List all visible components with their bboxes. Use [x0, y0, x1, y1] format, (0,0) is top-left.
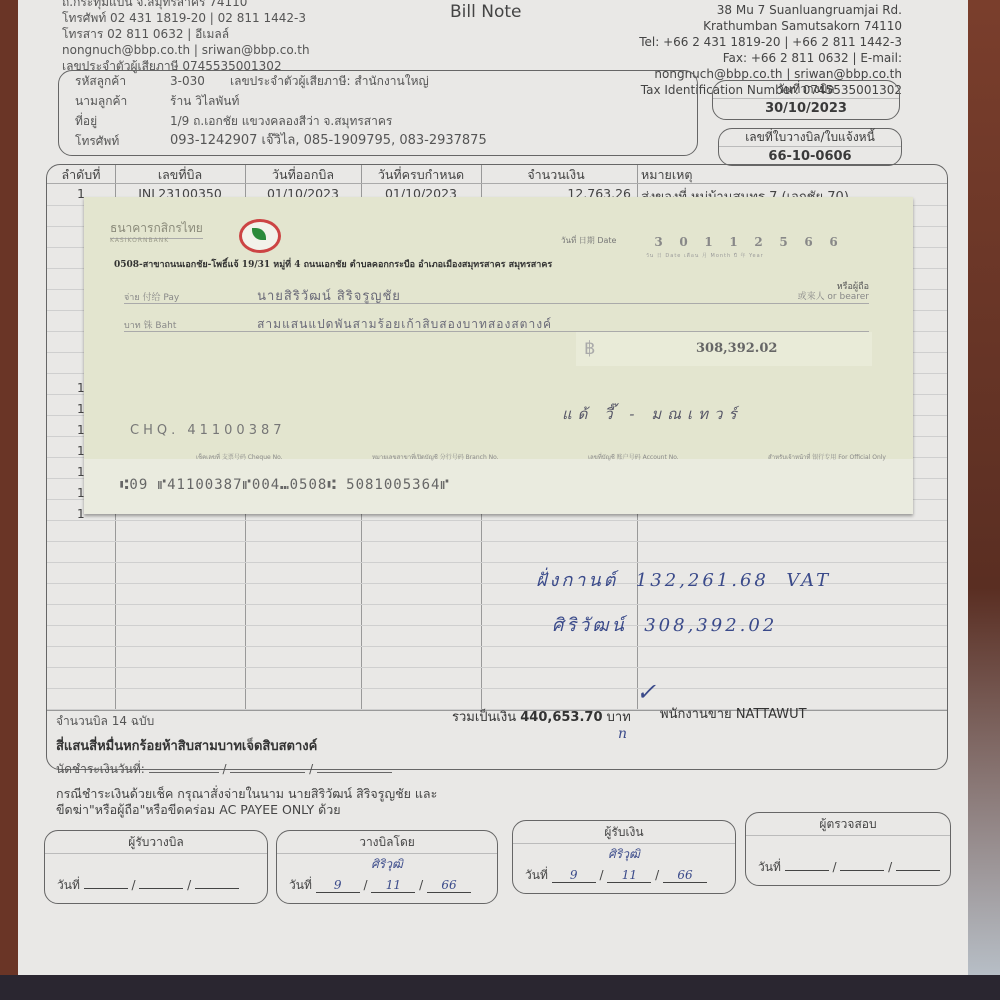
cheque-amount: 308,392.02 — [696, 341, 777, 356]
signature-box: ผู้ตรวจสอบวันที่ / / — [745, 812, 951, 886]
customer-phone: 093-1242907 เจ๊วิไล, 085-1909795, 083-29… — [170, 131, 697, 151]
note1-label: ฝั่งกานต์ — [536, 570, 618, 591]
total-unit: บาท — [607, 710, 631, 725]
date-digit: 2 — [746, 235, 771, 249]
signature-title: วางบิลโดย — [277, 831, 497, 854]
background-table-left — [0, 0, 18, 980]
signature-handwritten: ศิริวุฒิ — [277, 855, 497, 874]
background-floor — [0, 975, 1000, 1000]
label-official-only: สำหรับเจ้าหน้าที่ 银行专用 For Official Only — [768, 452, 886, 462]
total-value: 440,653.70 — [520, 710, 602, 725]
cheque-branch: 0508-สาขาถนนเอกชัย-โพธิ์แจ้ 19/31 หมู่ที… — [114, 257, 552, 271]
bearer-th: หรือผู้ถือ — [798, 282, 869, 292]
header-due-date: วันที่ครบกำหนด — [361, 165, 481, 183]
cheque-payee: นายสิริวัฒน์ สิริจรูญชัย — [257, 289, 401, 304]
date-digit: 0 — [671, 235, 696, 249]
customer-phone-label: โทรศัพท์ — [75, 131, 170, 151]
customer-address: 1/9 ถ.เอกชัย แขวงคลองสีว่า จ.สมุทรสาคร — [170, 111, 697, 131]
cheque-amount-words: สามแสนแปดพันสามร้อยเก้าสิบสองบาทสองสตางค… — [257, 317, 552, 331]
check-mark-icon: ✓ — [636, 678, 656, 706]
total-amount: รวมเป็นเงิน 440,653.70 บาท — [452, 706, 631, 727]
cheque-number: CHQ. 41100387 — [130, 423, 286, 438]
date-digit: 6 — [821, 235, 846, 249]
header-amount: จำนวนเงิน — [481, 165, 637, 183]
label-cheque-no: เช็คเลขที่ 支票号码 Cheque No. — [196, 452, 283, 462]
bank-name-th: ธนาคารกสิกรไทย — [110, 219, 203, 239]
signature-date: วันที่ / / — [758, 858, 940, 877]
payment-date-line: นัดชำระเงินวันที่: / / — [56, 760, 392, 779]
signature-date: วันที่ / / — [57, 876, 239, 895]
condition-line-2: ขีดฆ่า"หรือผู้ถือ"หรือขีดคร่อม AC PAYEE … — [56, 802, 437, 818]
payment-date-label: นัดชำระเงินวันที่: — [56, 762, 145, 776]
signature-box: วางบิลโดยศิริวุฒิวันที่ 9 / 11 / 66 — [276, 830, 498, 904]
customer-name: ร้าน วิไลพันท์ — [170, 91, 697, 111]
bearer-en: 或來人 or bearer — [798, 292, 869, 302]
handwritten-note-vat: ฝั่งกานต์ 132,261.68 VAT — [536, 565, 831, 594]
signature-box: ผู้รับเงินศิริวุฒิวันที่ 9 / 11 / 66 — [512, 820, 736, 894]
date-digit: 3 — [646, 235, 671, 249]
bank-name-en: KASIKORNBANK — [110, 237, 169, 244]
header-issue-date: วันที่ออกบิล — [245, 165, 361, 183]
cheque-signature: แด้ วี๊ - มณเทวร์ — [562, 402, 743, 426]
label-branch-no: หมายเลขสาขาที่เปิดบัญชี 分行号码 Branch No. — [372, 452, 499, 462]
handwritten-initial: n — [618, 726, 627, 742]
cheque-bearer: หรือผู้ถือ 或來人 or bearer — [798, 282, 869, 302]
document-title: Bill Note — [450, 2, 521, 22]
cheque-date-digits: 30112566 — [646, 235, 846, 249]
date-digit: 6 — [796, 235, 821, 249]
signature-title: ผู้ตรวจสอบ — [746, 813, 950, 836]
cheque-date-sublabel: วัน 日 Date เดือน 月 Month ปี 年 Year — [646, 252, 764, 260]
cheque-date-label: วันที่ 日期 Date — [561, 234, 616, 247]
customer-tax-branch: เลขประจำตัวผู้เสียภาษี: สำนักงานใหญ่ — [230, 71, 429, 91]
note2-label: ศิริวัฒน์ — [552, 615, 627, 636]
header-bill-no: เลขที่บิล — [115, 165, 245, 183]
customer-info-box: รหัสลูกค้า 3-030 เลขประจำตัวผู้เสียภาษี:… — [58, 70, 698, 156]
company-emails-th: nongnuch@bbp.co.th | sriwan@bbp.co.th — [62, 42, 310, 58]
background-table-right — [965, 0, 1000, 980]
kasikorn-cheque: ธนาคารกสิกรไทย KASIKORNBANK 0508-สาขาถนน… — [84, 197, 913, 514]
label-account-no: เลขที่บัญชี 账户号码 Account No. — [588, 452, 679, 462]
date-digit: 5 — [771, 235, 796, 249]
customer-code-label: รหัสลูกค้า — [75, 71, 170, 91]
company-address-th: ถ.กระทุ่มแบน จ.สมุทรสาคร 74110 — [62, 0, 310, 10]
salesperson: พนักงานขาย NATTAWUT — [660, 703, 807, 724]
header-note: หมายเหตุ — [637, 165, 947, 183]
company-address-en-1: 38 Mu 7 Suanluangruamjai Rd. — [639, 2, 902, 18]
customer-code: 3-030 — [170, 71, 230, 91]
note2-value: 308,392.02 — [644, 615, 777, 636]
cheque-amount-box: ฿ 308,392.02 — [576, 332, 872, 366]
cheque-baht-line: บาท 铢 Baht สามแสนแปดพันสามร้อยเก้าสิบสอง… — [124, 313, 869, 332]
table-header: ลำดับที่ เลขที่บิล วันที่ออกบิล วันที่คร… — [47, 165, 947, 184]
note1-suffix: VAT — [786, 570, 831, 591]
signature-handwritten: ศิริวุฒิ — [513, 845, 735, 864]
cheque-pay-label: จ่าย 付给 Pay — [124, 290, 252, 304]
bill-date-value: 30/10/2023 — [713, 99, 899, 119]
customer-name-label: นามลูกค้า — [75, 91, 170, 111]
signature-title: ผู้รับเงิน — [513, 821, 735, 844]
cheque-micr-line: ⑆09 ⑈41100387⑈004⑉0508⑆ 5081005364⑈ — [120, 477, 450, 493]
handwritten-note-siriwat: ศิริวัฒน์ 308,392.02 — [552, 610, 777, 639]
bill-date-label: วันที่วางบิล — [713, 81, 899, 99]
sales-label: พนักงานขาย — [660, 707, 732, 722]
kasikorn-logo-icon — [239, 219, 281, 253]
company-phone-th: โทรศัพท์ 02 431 1819-20 | 02 811 1442-3 — [62, 10, 310, 26]
bill-number-box: เลขที่ใบวางบิล/ใบแจ้งหนี้ 66-10-0606 — [718, 128, 902, 166]
signature-date: วันที่ 9 / 11 / 66 — [525, 866, 707, 885]
header-seq: ลำดับที่ — [47, 165, 115, 183]
amount-in-words: สี่แสนสี่หมื่นหกร้อยห้าสิบสามบาทเจ็ดสิบส… — [56, 735, 317, 756]
company-fax-en: Fax: +66 2 811 0632 | E-mail: — [639, 50, 902, 66]
note1-value: 132,261.68 — [636, 570, 769, 591]
signature-title: ผู้รับวางบิล — [45, 831, 267, 854]
sales-name: NATTAWUT — [736, 707, 807, 722]
signature-box: ผู้รับวางบิลวันที่ / / — [44, 830, 268, 904]
total-label: รวมเป็นเงิน — [452, 710, 516, 725]
baht-icon: ฿ — [584, 338, 595, 359]
date-digit: 1 — [721, 235, 746, 249]
bill-count: จำนวนบิล 14 ฉบับ — [56, 712, 154, 731]
payment-conditions: กรณีชำระเงินด้วยเช็ค กรุณาสั่งจ่ายในนาม … — [56, 786, 437, 818]
company-info-thai: ถ.กระทุ่มแบน จ.สมุทรสาคร 74110 โทรศัพท์ … — [62, 0, 310, 74]
bill-date-box: วันที่วางบิล 30/10/2023 — [712, 80, 900, 120]
customer-address-label: ที่อยู่ — [75, 111, 170, 131]
company-tel-en: Tel: +66 2 431 1819-20 | +66 2 811 1442-… — [639, 34, 902, 50]
signature-date: วันที่ 9 / 11 / 66 — [289, 876, 471, 895]
condition-line-1: กรณีชำระเงินด้วยเช็ค กรุณาสั่งจ่ายในนาม … — [56, 786, 437, 802]
cheque-field-labels: เช็คเลขที่ 支票号码 Cheque No. หมายเลขสาขาที… — [196, 452, 886, 462]
company-fax-th: โทรสาร 02 811 0632 | อีเมลล์ — [62, 26, 310, 42]
date-digit: 1 — [696, 235, 721, 249]
company-address-en-2: Krathumban Samutsakorn 74110 — [639, 18, 902, 34]
cheque-baht-label: บาท 铢 Baht — [124, 318, 252, 332]
cheque-pay-line: จ่าย 付给 Pay นายสิริวัฒน์ สิริจรูญชัย — [124, 285, 869, 304]
bill-number-label: เลขที่ใบวางบิล/ใบแจ้งหนี้ — [719, 129, 901, 147]
